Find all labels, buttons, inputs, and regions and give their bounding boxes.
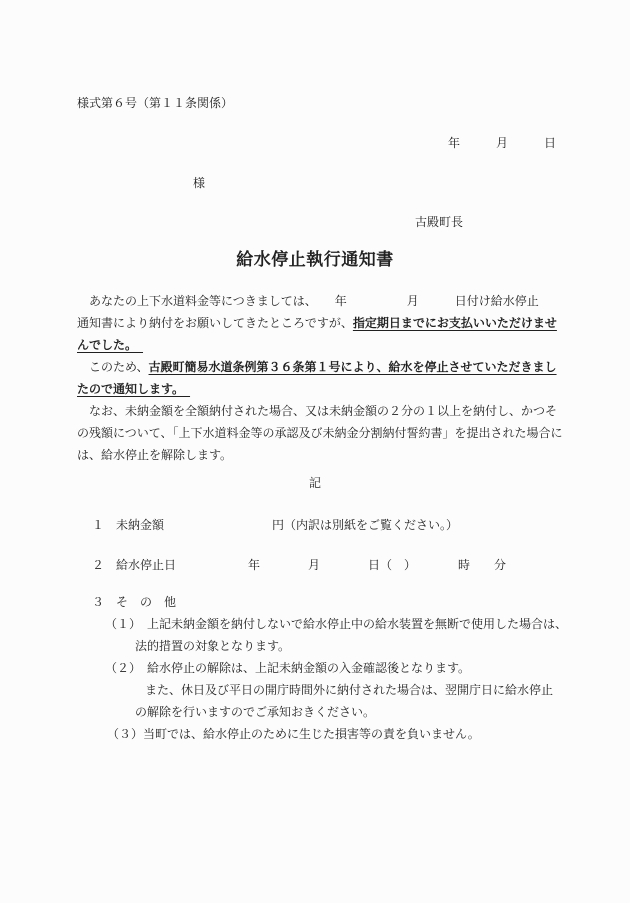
text-segment: は、給水停止を解除します。 <box>77 448 232 462</box>
note1-line1: （１） 上記未納金額を納付しないで給水停止中の給水装置を無断で使用した場合は、 <box>105 613 567 635</box>
text-segment: の残額について、「上下水道料金等の承認及び未納金分割納付誓約書」を提出された場合… <box>77 426 563 440</box>
document-page: 様式第６号（第１１条関係） 年 月 日 様 古殿町長 給水停止執行通知書 あなた… <box>0 0 630 903</box>
paragraph2-line1: このため、古殿町簡易水道条例第３６条第１号により、給水を停止させていただきまし <box>77 356 557 378</box>
sender-title: 古殿町長 <box>415 211 463 233</box>
paragraph2-line2: たので通知します。 <box>77 378 190 400</box>
note2-line1: （２） 給水停止の解除は、上記未納金額の入金確認後となります。 <box>105 657 470 679</box>
form-number: 様式第６号（第１１条関係） <box>77 92 233 114</box>
text-segment: あなたの上下水道料金等につきましては、 年 月 日付け給水停止 <box>77 294 539 308</box>
note2-line2: また、休日及び平日の開庁時間外に納付された場合は、翌開庁日に給水停止 <box>145 679 553 701</box>
paragraph1-line1: あなたの上下水道料金等につきましては、 年 月 日付け給水停止 <box>77 290 539 312</box>
paragraph3-line2: の残額について、「上下水道料金等の承認及び未納金分割納付誓約書」を提出された場合… <box>77 422 563 444</box>
issue-date-line: 年 月 日 <box>448 132 556 154</box>
item-other-heading: ３ そ の 他 <box>92 591 176 613</box>
note1-line2: 法的措置の対象となります。 <box>135 635 290 657</box>
paragraph3-line1: なお、未納金額を全額納付された場合、又は未納金額の２分の１以上を納付し、かつそ <box>77 400 557 422</box>
text-segment: 通知書により納付をお願いしてきたところですが、 <box>77 316 353 330</box>
emphasized-text: 指定期日までにお支払いいただけませ <box>353 316 557 330</box>
paragraph1-line3: んでした。 <box>77 334 143 356</box>
record-marker: 記 <box>0 472 630 494</box>
emphasized-text: んでした。 <box>77 338 143 352</box>
item-suspension-date: ２ 給水停止日 年 月 日（ ） 時 分 <box>92 554 506 576</box>
addressee-honorific: 様 <box>193 172 205 194</box>
paragraph3-line3: は、給水停止を解除します。 <box>77 444 232 466</box>
emphasized-text: 古殿町簡易水道条例第３６条第１号により、給水を停止させていただきまし <box>149 360 557 374</box>
paragraph1-line2: 通知書により納付をお願いしてきたところですが、指定期日までにお支払いいただけませ <box>77 312 557 334</box>
item-unpaid-amount: １ 未納金額 円（内訳は別紙をご覧ください。） <box>92 514 458 536</box>
note2-line3: の解除を行いますのでご承知おきください。 <box>135 701 375 723</box>
emphasized-text: たので通知します。 <box>77 382 190 396</box>
note3-line: （３）当町では、給水停止のために生じた損害等の責を負いません。 <box>107 723 480 745</box>
document-title: 給水停止執行通知書 <box>0 249 630 271</box>
text-segment: このため、 <box>77 360 149 374</box>
text-segment: なお、未納金額を全額納付された場合、又は未納金額の２分の１以上を納付し、かつそ <box>77 404 557 418</box>
